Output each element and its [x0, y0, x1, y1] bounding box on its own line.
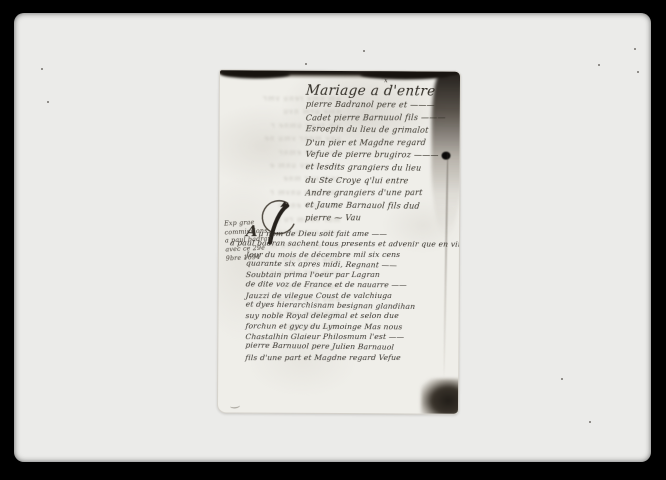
dust-speck: [47, 101, 49, 103]
dust-speck: [589, 421, 591, 423]
handwritten-line: pierre Badranol pere et ———: [305, 99, 458, 113]
handwritten-line: du Ste Croye q'lui entre: [305, 174, 458, 188]
handwritten-line: D'un pier et Magdne regard: [305, 137, 458, 150]
top-edge-stain-blob: [220, 69, 290, 78]
handwritten-line: Andre grangiers d'une part: [305, 187, 458, 200]
record-title: Mariage a d'entre: [305, 83, 458, 100]
bottom-corner-stain: [421, 379, 461, 415]
dust-speck: [561, 378, 563, 380]
handwritten-line: Esroepin du lieu de grimalot: [305, 123, 458, 138]
dust-speck: [305, 63, 307, 65]
record-heading: x Mariage a d'entre pierre Badranol pere…: [305, 83, 458, 226]
archive-scan: um nmv renu vmrnme urm nvuvm renv umne r…: [0, 0, 666, 480]
manuscript-page: um nmv renu vmrnme urm nvuvm renv umne r…: [217, 69, 461, 414]
bottom-edge-mark: [230, 403, 240, 409]
dust-speck: [363, 50, 365, 52]
handwritten-line: a paul badran sachent tous presents et a…: [230, 239, 459, 251]
dust-speck: [598, 64, 600, 66]
dust-speck: [634, 48, 636, 50]
handwritten-line: pierre ⁓ Vau: [305, 212, 458, 225]
handwritten-line: suy noble Royal delegmal et selon due: [245, 311, 458, 321]
handwritten-line: fils d'une part et Magdne regard Vefue: [245, 353, 458, 363]
handwritten-line: de dite voz de France et de nauarre ——: [245, 280, 458, 292]
heading-lines: pierre Badranol pere et ———Cadet pierre …: [305, 99, 458, 226]
dust-speck: [41, 68, 43, 70]
handwritten-line: et lesdits grangiers du lieu: [305, 161, 458, 176]
handwritten-line: Au nom de Dieu soit fait ame ——: [246, 227, 459, 239]
handwritten-line: forchun et gycy du Lymoinge Mas nous: [245, 321, 458, 333]
dust-speck: [637, 71, 639, 73]
act-body: Au nom de Dieu soit fait ame ——a paul ba…: [245, 226, 458, 363]
